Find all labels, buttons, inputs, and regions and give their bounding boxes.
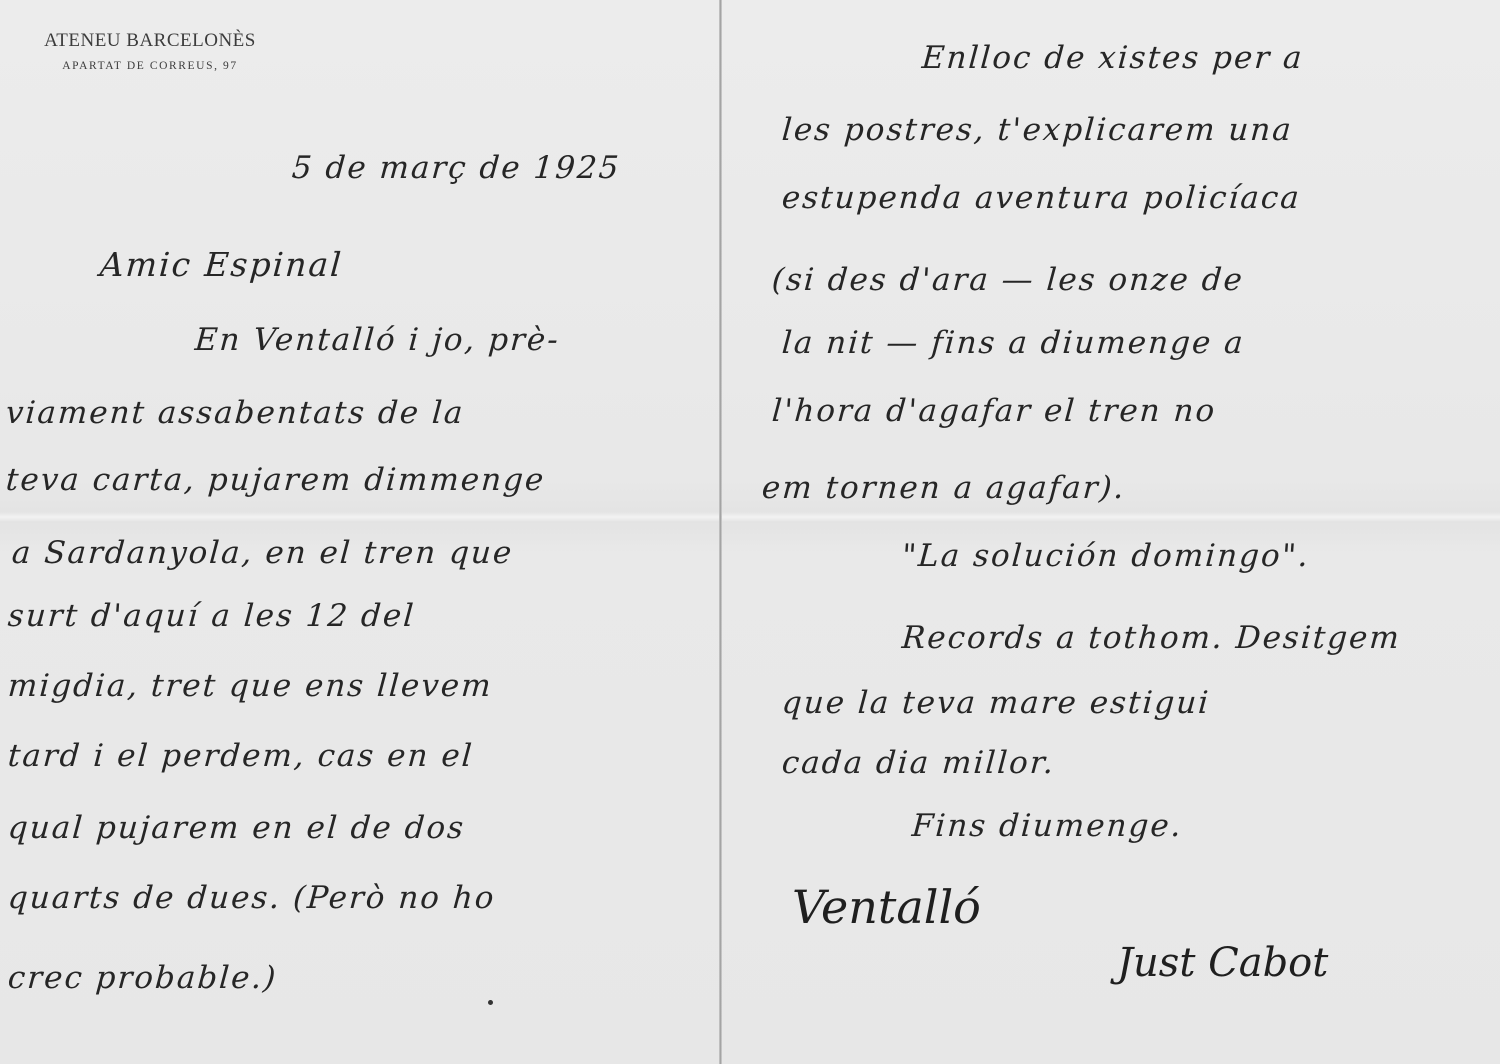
body-line: tard i el perdem, cas en el [7,738,475,774]
body-line: a Sardanyola, en el tren que [11,535,515,571]
body-line: les postres, t'explicarem una [781,112,1294,148]
body-line: qual pujarem en el de dos [7,810,467,846]
ink-dot [488,1000,493,1005]
body-line: "La solución domingo". [901,538,1311,574]
letter-salutation: Amic Espinal [99,245,345,284]
letter-scan: ATENEU BARCELONÈS APARTAT DE CORREUS, 97… [0,0,1500,1064]
body-line: quarts de dues. (Però no ho [7,880,497,916]
left-page: ATENEU BARCELONÈS APARTAT DE CORREUS, 97… [0,0,720,1064]
signature-just-cabot: Just Cabot [1117,940,1328,986]
body-line: Records a tothom. Desitgem [901,620,1402,656]
letterhead-organization: ATENEU BARCELONÈS [20,30,280,52]
body-line: Enlloc de xistes per a [921,40,1305,76]
body-line: teva carta, pujarem dimmenge [5,462,547,498]
right-page: Enlloc de xistes per a les postres, t'ex… [722,0,1500,1064]
body-line: em tornen a agafar). [761,470,1127,506]
signature-ventallo: Ventalló [792,880,981,934]
body-line: viament assabentats de la [5,395,466,431]
letterhead-address: APARTAT DE CORREUS, 97 [20,60,280,72]
body-line: estupenda aventura policíaca [781,180,1302,216]
body-line: surt d'aquí a les 12 del [7,598,417,634]
letter-date: 5 de març de 1925 [291,150,622,186]
body-line: migdia, tret que ens llevem [7,668,494,704]
body-line: l'hora d'agafar el tren no [771,393,1218,429]
body-line: crec probable.) [7,960,279,996]
body-line: la nit — fins a diumenge a [781,325,1246,361]
body-line: En Ventalló i jo, prè- [194,322,561,358]
body-line: (si des d'ara — les onze de [771,262,1245,298]
body-line: cada dia millor. [781,745,1057,781]
letterhead: ATENEU BARCELONÈS APARTAT DE CORREUS, 97 [20,30,280,72]
body-line: que la teva mare estigui [781,685,1212,721]
body-line: Fins diumenge. [911,808,1184,844]
